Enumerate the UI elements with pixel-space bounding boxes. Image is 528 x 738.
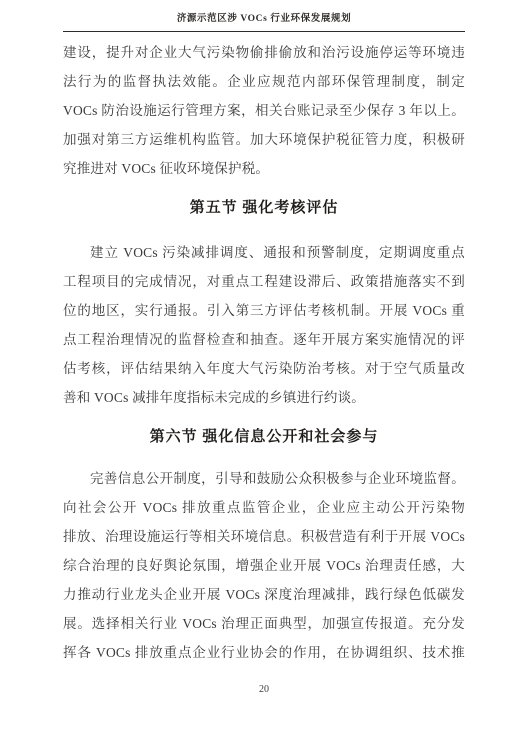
text-line: 完善信息公开制度，引导和鼓励公众积极参与企业环境监督。	[63, 464, 465, 493]
text-line: 加强对第三方运维机构监管。加大环境保护税征管力度，积极研	[63, 125, 465, 154]
paragraph-section5: 建立 VOCs 污染减排调度、通报和预警制度，定期调度重点 工程项目的完成情况，…	[63, 238, 465, 412]
document-page: 济源示范区涉 VOCs 行业环保发展规划 建设，提升对企业大气污染物偷排偷放和治…	[0, 0, 528, 738]
text-line: 向社会公开 VOCs 排放重点监管企业，企业应主动公开污染物	[63, 493, 465, 522]
text-line: 排放、治理设施运行等相关环境信息。积极营造有利于开展 VOCs	[63, 522, 465, 551]
text-line: 点工程治理情况的监督检查和抽查。逐年开展方案实施情况的评	[63, 325, 465, 354]
header-rule	[63, 31, 465, 32]
text-line: 法行为的监督执法效能。企业应规范内部环保管理制度，制定	[63, 67, 465, 96]
text-line: 建设，提升对企业大气污染物偷排偷放和治污设施停运等环境违	[63, 38, 465, 67]
text-line: 力推动行业龙头企业开展 VOCs 深度治理减排，践行绿色低碳发	[63, 580, 465, 609]
text-line: 挥各 VOCs 排放重点企业行业协会的作用，在协调组织、技术推	[63, 638, 465, 667]
text-line: 工程项目的完成情况，对重点工程建设滞后、政策措施落实不到	[63, 267, 465, 296]
text-line: 究推进对 VOCs 征收环境保护税。	[63, 154, 465, 183]
document-header-title: 济源示范区涉 VOCs 行业环保发展规划	[0, 10, 528, 24]
text-line: 建立 VOCs 污染减排调度、通报和预警制度，定期调度重点	[63, 238, 465, 267]
text-line: 位的地区，实行通报。引入第三方评估考核机制。开展 VOCs 重	[63, 296, 465, 325]
text-line: 估考核，评估结果纳入年度大气污染防治考核。对于空气质量改	[63, 354, 465, 383]
section-heading-5: 第五节 强化考核评估	[0, 196, 528, 217]
text-line: 善和 VOCs 减排年度指标未完成的乡镇进行约谈。	[63, 383, 465, 412]
paragraph-continued: 建设，提升对企业大气污染物偷排偷放和治污设施停运等环境违 法行为的监督执法效能。…	[63, 38, 465, 183]
text-line: 综合治理的良好舆论氛围，增强企业开展 VOCs 治理责任感，大	[63, 551, 465, 580]
page-number: 20	[0, 684, 528, 695]
text-line: 展。选择相关行业 VOCs 治理正面典型，加强宣传报道。充分发	[63, 609, 465, 638]
section-heading-6: 第六节 强化信息公开和社会参与	[0, 425, 528, 446]
text-line: VOCs 防治设施运行管理方案，相关台账记录至少保存 3 年以上。	[63, 96, 465, 125]
paragraph-section6: 完善信息公开制度，引导和鼓励公众积极参与企业环境监督。 向社会公开 VOCs 排…	[63, 464, 465, 667]
